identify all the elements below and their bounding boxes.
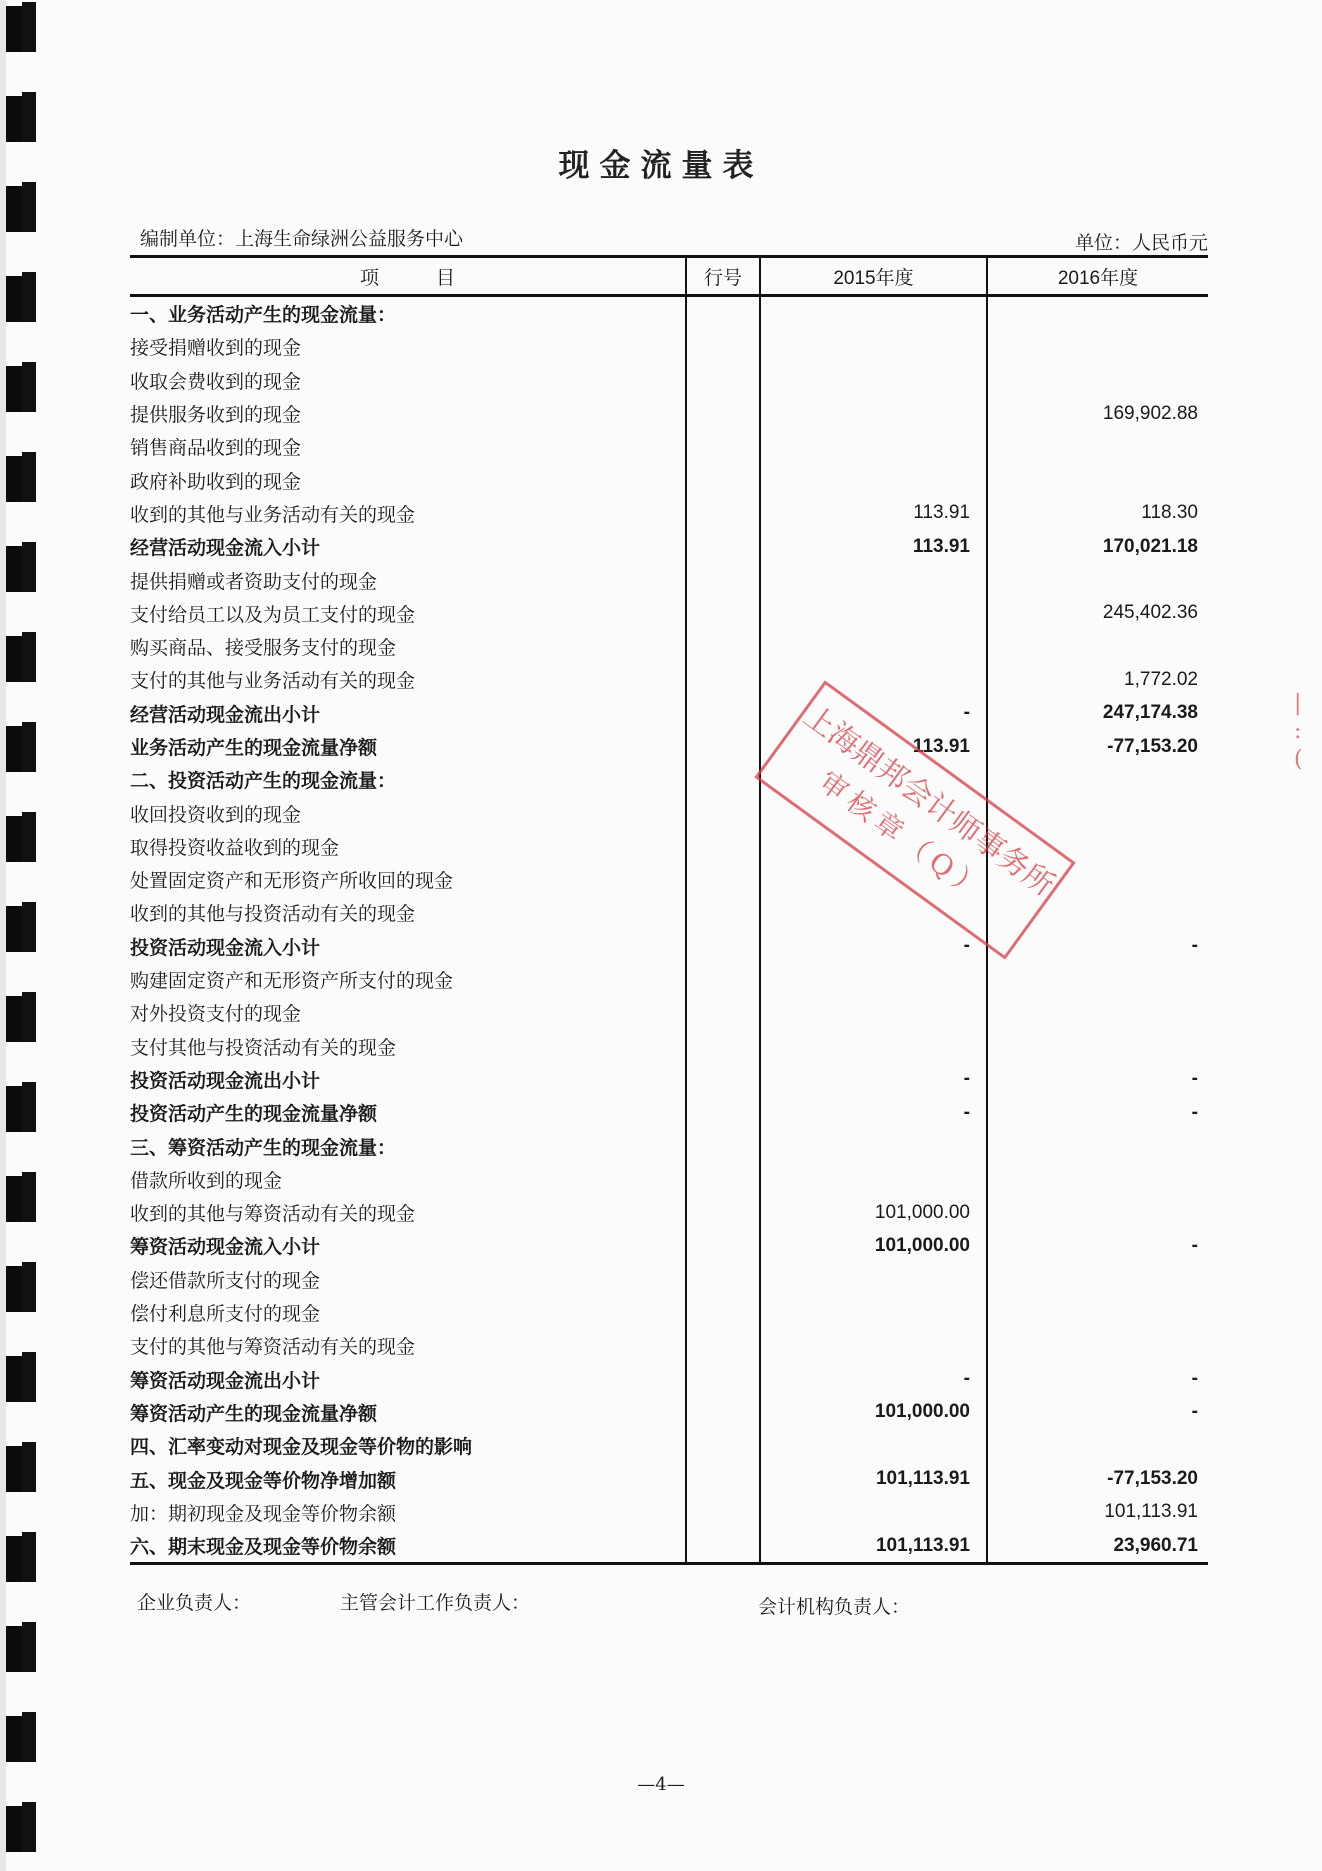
binding-ring [6,992,36,1044]
row-line-no [686,597,760,630]
row-value-2015 [760,330,987,363]
row-value-2016 [987,1129,1208,1162]
row-line-no [686,497,760,530]
row-value-2016: 101,113.91 [987,1496,1208,1529]
table-row: 三、筹资活动产生的现金流量： [130,1129,1208,1162]
row-line-no [686,563,760,596]
table-row: 收取会费收到的现金 [130,364,1208,397]
row-value-2015 [760,1030,987,1063]
table-row: 经营活动现金流入小计113.91170,021.18 [130,530,1208,563]
row-value-2016 [987,1263,1208,1296]
table-row: 购建固定资产和无形资产所支付的现金 [130,963,1208,996]
row-value-2015: 113.91 [760,530,987,563]
row-line-no [686,463,760,496]
row-value-2016 [987,630,1208,663]
row-value-2015 [760,1329,987,1362]
row-value-2016 [987,763,1208,796]
row-value-2016 [987,463,1208,496]
row-label: 购建固定资产和无形资产所支付的现金 [130,963,686,996]
row-line-no [686,763,760,796]
row-value-2016: 247,174.38 [987,697,1208,730]
row-line-no [686,1229,760,1262]
binding-ring [6,92,36,144]
row-value-2015: 101,000.00 [760,1396,987,1429]
row-label: 借款所收到的现金 [130,1163,686,1196]
row-value-2015 [760,430,987,463]
row-value-2016: -77,153.20 [987,1462,1208,1495]
row-line-no [686,397,760,430]
table-row: 筹资活动产生的现金流量净额101,000.00- [130,1396,1208,1429]
spiral-binding [6,0,36,1871]
row-value-2016: 23,960.71 [987,1529,1208,1564]
binding-ring [6,722,36,774]
row-line-no [686,1063,760,1096]
binding-ring [6,812,36,864]
row-label: 收到的其他与业务活动有关的现金 [130,497,686,530]
row-value-2016: -77,153.20 [987,730,1208,763]
row-label: 销售商品收到的现金 [130,430,686,463]
table-row: 投资活动现金流入小计-- [130,930,1208,963]
binding-ring [6,1172,36,1224]
row-value-2015: 101,113.91 [760,1529,987,1564]
binding-ring [6,1082,36,1134]
binding-ring [6,1442,36,1494]
table-row: 偿还借款所支付的现金 [130,1263,1208,1296]
row-line-no [686,430,760,463]
row-value-2015: 101,113.91 [760,1462,987,1495]
table-row: 政府补助收到的现金 [130,463,1208,496]
stamp-fragment-edge: |:( [1294,690,1312,780]
row-value-2016: - [987,1396,1208,1429]
row-value-2015: - [760,1063,987,1096]
table-row: 提供捐赠或者资助支付的现金 [130,563,1208,596]
row-line-no [686,930,760,963]
row-label: 投资活动产生的现金流量净额 [130,1096,686,1129]
row-label: 筹资活动现金流出小计 [130,1363,686,1396]
table-row: 收到的其他与筹资活动有关的现金101,000.00 [130,1196,1208,1229]
table-row: 借款所收到的现金 [130,1163,1208,1196]
table-row: 二、投资活动产生的现金流量： [130,763,1208,796]
table-header-row: 项 目 行号 2015年度 2016年度 [130,257,1208,296]
binding-ring [6,1262,36,1314]
row-value-2015 [760,296,987,331]
row-value-2015 [760,1263,987,1296]
row-line-no [686,697,760,730]
row-label: 购买商品、接受服务支付的现金 [130,630,686,663]
row-value-2016 [987,1296,1208,1329]
row-value-2015 [760,463,987,496]
cash-flow-table: 项 目 行号 2015年度 2016年度 一、业务活动产生的现金流量：接受捐赠收… [130,255,1208,1565]
row-value-2015 [760,364,987,397]
table-row: 六、期末现金及现金等价物余额101,113.9123,960.71 [130,1529,1208,1564]
table-row: 支付的其他与业务活动有关的现金1,772.02 [130,663,1208,696]
table-row: 五、现金及现金等价物净增加额101,113.91-77,153.20 [130,1462,1208,1495]
row-label: 对外投资支付的现金 [130,996,686,1029]
row-line-no [686,863,760,896]
table-row: 对外投资支付的现金 [130,996,1208,1029]
binding-ring [6,1532,36,1584]
table-row: 支付其他与投资活动有关的现金 [130,1030,1208,1063]
row-label: 偿付利息所支付的现金 [130,1296,686,1329]
row-value-2016 [987,1429,1208,1462]
row-label: 筹资活动产生的现金流量净额 [130,1396,686,1429]
table-row: 经营活动现金流出小计-247,174.38 [130,697,1208,730]
row-value-2016: 169,902.88 [987,397,1208,430]
table-row: 偿付利息所支付的现金 [130,1296,1208,1329]
row-line-no [686,1429,760,1462]
row-value-2016 [987,963,1208,996]
row-value-2015: - [760,1096,987,1129]
row-line-no [686,1096,760,1129]
row-label: 经营活动现金流入小计 [130,530,686,563]
table-row: 提供服务收到的现金169,902.88 [130,397,1208,430]
row-label: 一、业务活动产生的现金流量： [130,296,686,331]
binding-ring [6,362,36,414]
row-label: 支付的其他与筹资活动有关的现金 [130,1329,686,1362]
row-value-2016 [987,330,1208,363]
header-line-no: 行号 [686,257,760,296]
row-value-2016 [987,996,1208,1029]
row-line-no [686,663,760,696]
row-label: 偿还借款所支付的现金 [130,1263,686,1296]
row-label: 收到的其他与筹资活动有关的现金 [130,1196,686,1229]
row-line-no [686,530,760,563]
row-value-2015 [760,1429,987,1462]
row-value-2015: - [760,1363,987,1396]
row-label: 经营活动现金流出小计 [130,697,686,730]
row-value-2015 [760,1296,987,1329]
row-label: 筹资活动现金流入小计 [130,1229,686,1262]
row-value-2015: 113.91 [760,497,987,530]
row-line-no [686,1462,760,1495]
row-label: 投资活动现金流入小计 [130,930,686,963]
row-value-2015: - [760,930,987,963]
row-line-no [686,1196,760,1229]
row-value-2016: - [987,1096,1208,1129]
row-label: 提供服务收到的现金 [130,397,686,430]
row-value-2016 [987,1163,1208,1196]
binding-ring [6,272,36,324]
row-label: 支付给员工以及为员工支付的现金 [130,597,686,630]
row-line-no [686,796,760,829]
row-line-no [686,896,760,929]
row-label: 收取会费收到的现金 [130,364,686,397]
row-value-2015 [760,996,987,1029]
row-line-no [686,330,760,363]
signature-enterprise-head: 企业负责人： [137,1588,251,1615]
row-value-2015 [760,663,987,696]
page-number: —4— [0,1774,1322,1795]
row-value-2016: - [987,1363,1208,1396]
binding-ring [6,452,36,504]
row-line-no [686,1529,760,1564]
table-row: 业务活动产生的现金流量净额113.91-77,153.20 [130,730,1208,763]
row-label: 提供捐赠或者资助支付的现金 [130,563,686,596]
row-value-2015 [760,1496,987,1529]
binding-ring [6,632,36,684]
table-row: 收到的其他与业务活动有关的现金113.91118.30 [130,497,1208,530]
row-line-no [686,1263,760,1296]
row-value-2016 [987,1329,1208,1362]
row-label: 支付的其他与业务活动有关的现金 [130,663,686,696]
row-value-2016: - [987,1229,1208,1262]
row-value-2016 [987,296,1208,331]
binding-ring [6,542,36,594]
row-label: 投资活动现金流出小计 [130,1063,686,1096]
table-row: 四、汇率变动对现金及现金等价物的影响 [130,1429,1208,1462]
signature-accounting-supervisor: 主管会计工作负责人： [340,1588,530,1615]
row-label: 政府补助收到的现金 [130,463,686,496]
row-label: 三、筹资活动产生的现金流量： [130,1129,686,1162]
row-value-2015: 101,000.00 [760,1196,987,1229]
row-value-2015 [760,630,987,663]
row-value-2016: 170,021.18 [987,530,1208,563]
binding-ring [6,1802,36,1854]
row-label: 支付其他与投资活动有关的现金 [130,1030,686,1063]
row-label: 收回投资收到的现金 [130,796,686,829]
row-value-2016 [987,563,1208,596]
row-value-2015 [760,597,987,630]
binding-ring [6,182,36,234]
preparer-label: 编制单位：上海生命绿洲公益服务中心 [140,224,463,251]
row-value-2015: 101,000.00 [760,1229,987,1262]
binding-ring [6,902,36,954]
row-line-no [686,1296,760,1329]
row-label: 加：期初现金及现金等价物余额 [130,1496,686,1529]
row-value-2016 [987,430,1208,463]
row-value-2016 [987,364,1208,397]
table-row: 购买商品、接受服务支付的现金 [130,630,1208,663]
row-label: 二、投资活动产生的现金流量： [130,763,686,796]
row-line-no [686,1363,760,1396]
row-value-2016: 245,402.36 [987,597,1208,630]
row-line-no [686,963,760,996]
row-label: 四、汇率变动对现金及现金等价物的影响 [130,1429,686,1462]
signature-accounting-dept-head: 会计机构负责人： [758,1592,910,1619]
table-row: 收回投资收到的现金 [130,796,1208,829]
row-label: 业务活动产生的现金流量净额 [130,730,686,763]
row-line-no [686,1163,760,1196]
header-item: 项 目 [130,257,686,296]
row-label: 处置固定资产和无形资产所收回的现金 [130,863,686,896]
currency-unit-label: 单位：人民币元 [1075,228,1208,255]
row-line-no [686,830,760,863]
row-value-2016 [987,1030,1208,1063]
row-value-2016: - [987,1063,1208,1096]
binding-ring [6,1622,36,1674]
binding-ring [6,2,36,54]
row-value-2015 [760,1163,987,1196]
header-2015: 2015年度 [760,257,987,296]
binding-ring [6,1352,36,1404]
row-value-2016: 1,772.02 [987,663,1208,696]
row-line-no [686,1496,760,1529]
row-line-no [686,296,760,331]
row-value-2015 [760,963,987,996]
table-row: 投资活动现金流出小计-- [130,1063,1208,1096]
row-line-no [686,1329,760,1362]
table-row: 投资活动产生的现金流量净额-- [130,1096,1208,1129]
row-label: 五、现金及现金等价物净增加额 [130,1462,686,1495]
row-label: 六、期末现金及现金等价物余额 [130,1529,686,1564]
table-row: 加：期初现金及现金等价物余额101,113.91 [130,1496,1208,1529]
row-line-no [686,1030,760,1063]
row-line-no [686,630,760,663]
document-title: 现金流量表 [0,140,1322,185]
row-line-no [686,730,760,763]
table-row: 筹资活动现金流入小计101,000.00- [130,1229,1208,1262]
row-value-2016: 118.30 [987,497,1208,530]
binding-ring [6,1712,36,1764]
row-line-no [686,364,760,397]
row-value-2015 [760,397,987,430]
table-row: 一、业务活动产生的现金流量： [130,296,1208,331]
row-line-no [686,996,760,1029]
table-row: 销售商品收到的现金 [130,430,1208,463]
header-2016: 2016年度 [987,257,1208,296]
row-value-2016 [987,1196,1208,1229]
row-value-2015 [760,1129,987,1162]
row-line-no [686,1129,760,1162]
row-label: 收到的其他与投资活动有关的现金 [130,896,686,929]
table-row: 支付的其他与筹资活动有关的现金 [130,1329,1208,1362]
table-row: 筹资活动现金流出小计-- [130,1363,1208,1396]
row-line-no [686,1396,760,1429]
row-label: 取得投资收益收到的现金 [130,830,686,863]
table-row: 接受捐赠收到的现金 [130,330,1208,363]
row-value-2015 [760,563,987,596]
table-row: 支付给员工以及为员工支付的现金245,402.36 [130,597,1208,630]
row-label: 接受捐赠收到的现金 [130,330,686,363]
